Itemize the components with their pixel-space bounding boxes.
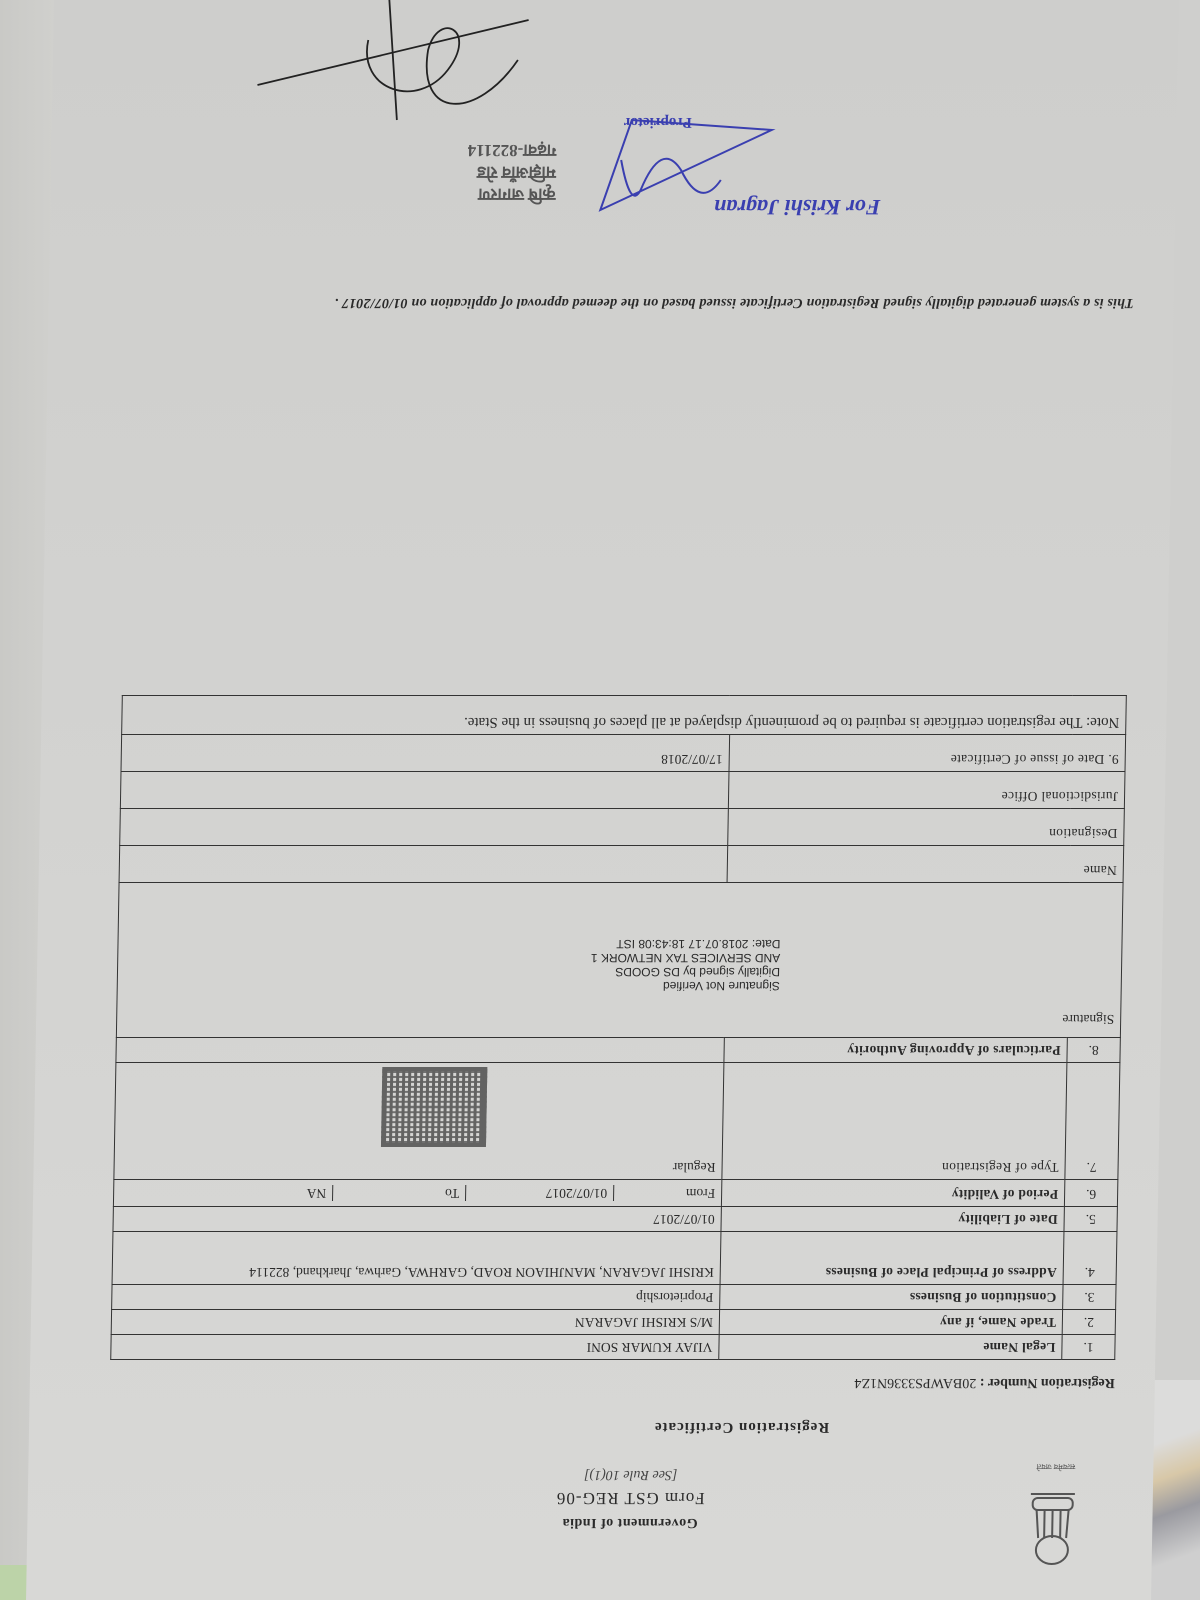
signature-status: Signature Not Verified: [124, 979, 780, 993]
jurisdictional-office-label: Jurisdictional Office: [728, 772, 1125, 809]
row-label: Trade Name, if any: [719, 1310, 1062, 1335]
row-number: 8.: [1067, 1038, 1120, 1063]
validity-cell: From 01/07/2017 To NA: [113, 1180, 721, 1207]
validity-to-value: NA: [301, 1185, 333, 1201]
row-number: 5.: [1064, 1207, 1117, 1232]
registration-number-value: 20BAWPS3336N1Z4: [854, 1375, 976, 1390]
validity-to-label: To: [332, 1185, 465, 1201]
name-value: [119, 846, 728, 883]
proprietor-signature-icon: [580, 100, 782, 240]
row-value: Proprietorship: [112, 1285, 720, 1310]
row-label: Particulars of Approving Authority: [724, 1038, 1067, 1063]
row-label: Legal Name: [719, 1335, 1062, 1360]
row-number: 7.: [1065, 1063, 1120, 1180]
row-number: 3.: [1063, 1285, 1116, 1310]
government-heading: Government of India: [67, 1514, 1192, 1530]
table-row: 1. Legal Name VIJAY KUMAR SONI: [111, 1335, 1115, 1360]
table-row: Signature Signature Not Verified Digital…: [116, 883, 1123, 1038]
display-note: Note: The registration certificate is re…: [122, 696, 1127, 735]
issue-date-label: 9. Date of issue of Certificate: [729, 735, 1126, 772]
row-label: Constitution of Business: [720, 1285, 1063, 1310]
rule-reference: [See Rule 10(1)]: [68, 1466, 1193, 1482]
designation-label: Designation: [728, 809, 1125, 846]
table-row: Jurisdictional Office: [120, 772, 1125, 809]
name-label: Name: [727, 846, 1124, 883]
table-row: 8. Particulars of Approving Authority: [116, 1038, 1120, 1063]
table-row: Name: [119, 846, 1124, 883]
row-value: 01/07/2017: [113, 1207, 721, 1232]
issue-date-value: 17/07/2018: [121, 735, 730, 772]
row-value: KRISHI JAGARAN, MANJHIAON ROAD, GARHWA, …: [112, 1232, 721, 1285]
row-number: 4.: [1063, 1232, 1117, 1285]
row-label: Period of Validity: [721, 1180, 1064, 1207]
table-row: 4. Address of Principal Place of Busines…: [112, 1232, 1117, 1285]
table-row: 3. Constitution of Business Proprietorsh…: [112, 1285, 1116, 1310]
row-label: Date of Liability: [721, 1207, 1064, 1232]
handwritten-signature-icon: [236, 0, 539, 180]
table-row: 9. Date of issue of Certificate 17/07/20…: [121, 735, 1126, 772]
signature-date: Date: 2018.07.17 18:43:08 IST: [124, 937, 780, 951]
row-value: VIJAY KUMAR SONI: [111, 1335, 719, 1360]
row-value: [116, 1038, 724, 1063]
table-row: Designation: [120, 809, 1125, 846]
signature-label: Signature: [123, 1011, 1114, 1027]
row-label: Type of Registration: [722, 1063, 1067, 1180]
table-row: Note: The registration certificate is re…: [122, 696, 1127, 735]
validity-from-label: From: [613, 1185, 721, 1201]
signature-cell: Signature Signature Not Verified Digital…: [116, 883, 1123, 1038]
row-value: Regular: [114, 1063, 724, 1180]
table-row: 6. Period of Validity From 01/07/2017 To…: [113, 1180, 1117, 1207]
system-generated-notice: This is a system generated digitally sig…: [334, 294, 1134, 310]
table-row: 2. Trade Name, if any M/S KRISHI JAGARAN: [111, 1310, 1115, 1335]
signature-signer-cont: AND SERVICES TAX NETWORK 1: [124, 951, 780, 965]
registration-number: Registration Number : 20BAWPS3336N1Z4: [854, 1374, 1115, 1390]
registration-number-label: Registration Number :: [980, 1375, 1115, 1390]
table-row: 5. Date of Liability 01/07/2017: [113, 1207, 1117, 1232]
row-value: M/S KRISHI JAGARAN: [111, 1310, 719, 1335]
jurisdictional-office-value: [120, 772, 729, 809]
qr-code: [381, 1067, 487, 1147]
validity-from-value: 01/07/2017: [465, 1185, 613, 1201]
digital-signature: Signature Not Verified Digitally signed …: [124, 937, 781, 993]
row-number: 2.: [1062, 1310, 1115, 1335]
table-row: 7. Type of Registration Regular: [114, 1063, 1120, 1180]
certificate-paper: सत्यमेव जयते Government of India Form GS…: [26, 0, 1179, 1600]
hindi-stamp-line-1: कृषि जागरण: [467, 183, 556, 205]
row-label: Address of Principal Place of Business: [720, 1232, 1064, 1285]
row-number: 6.: [1064, 1180, 1117, 1207]
certificate-table: 1. Legal Name VIJAY KUMAR SONI 2. Trade …: [110, 695, 1127, 1360]
form-title: Form GST REG-06: [68, 1488, 1193, 1508]
certificate-title: Registration Certificate: [179, 1418, 1200, 1435]
designation-value: [120, 809, 729, 846]
registration-type: Regular: [673, 1160, 716, 1175]
row-number: 1.: [1062, 1335, 1115, 1360]
signature-signer: Digitally signed by DS GOODS: [124, 965, 780, 979]
